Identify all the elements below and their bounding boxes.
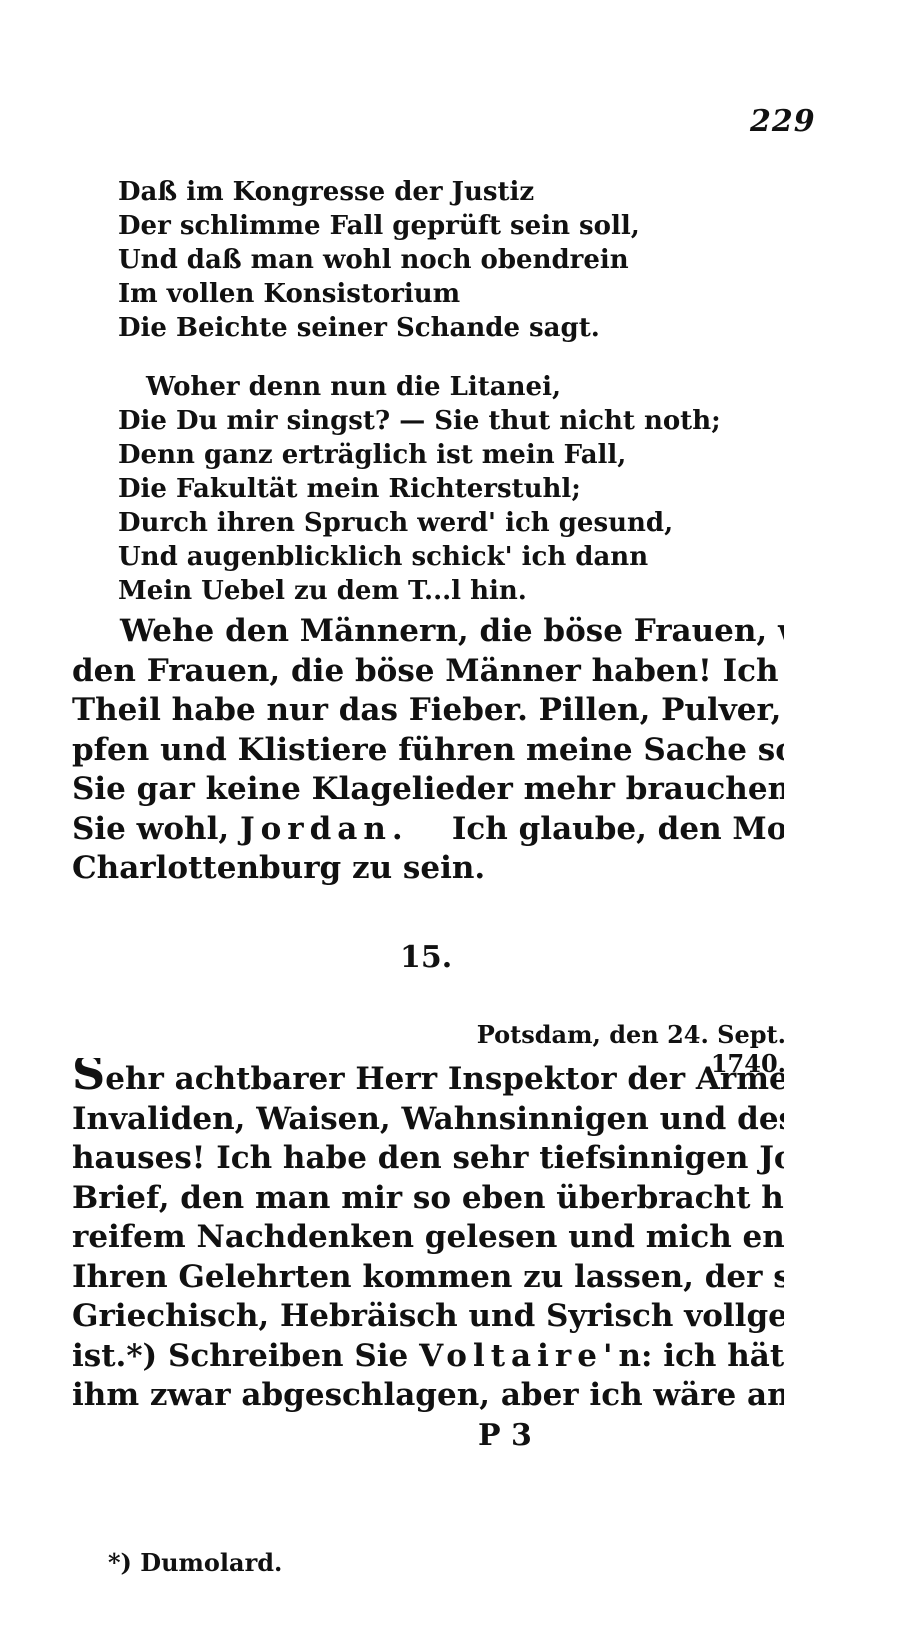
verse-stanza-1: Daß im Kongresse der Justiz Der schlimme… xyxy=(118,175,640,345)
prose-line: reifem Nachdenken gelesen und mich entsc… xyxy=(72,1218,784,1258)
verse-stanza-2: Woher denn nun die Litanei, Die Du mir s… xyxy=(118,370,721,608)
prose-line: Wehe den Männern, die böse Frauen, wehe xyxy=(72,612,784,652)
page-number: 229 xyxy=(750,104,816,139)
prose-paragraph-1: Wehe den Männern, die böse Frauen, wehe … xyxy=(72,612,784,889)
verse-line: Der schlimme Fall geprüft sein soll, xyxy=(118,209,640,243)
verse-line: Die Beichte seiner Schande sagt. xyxy=(118,311,640,345)
prose-fragment: Sie wohl, xyxy=(72,811,229,847)
verse-line: Mein Uebel zu dem T...l hin. xyxy=(118,574,721,608)
verse-line: Durch ihren Spruch werd' ich gesund, xyxy=(118,506,721,540)
prose-line: Brief, den man mir so eben überbracht ha… xyxy=(72,1179,784,1219)
prose-line: ist.*) Schreiben Sie Voltaire'n: ich hät… xyxy=(72,1337,784,1377)
name-voltaire: Voltaire' xyxy=(419,1338,618,1374)
prose-line: Charlottenburg zu sein. xyxy=(72,849,784,889)
verse-line: Die Fakultät mein Richterstuhl; xyxy=(118,472,721,506)
prose-line: ihm zwar abgeschlagen, aber ich wäre and… xyxy=(72,1376,784,1416)
verse-line: Im vollen Konsistorium xyxy=(118,277,640,311)
verse-line: Und augenblicklich schick' ich dann xyxy=(118,540,721,574)
verse-line: Woher denn nun die Litanei, xyxy=(118,370,721,404)
prose-line: Sie gar keine Klagelieder mehr brauchen.… xyxy=(72,770,784,810)
verse-line: Daß im Kongresse der Justiz xyxy=(118,175,640,209)
prose-line: hauses! Ich habe den sehr tiefsinnigen J… xyxy=(72,1139,784,1179)
drop-cap: S xyxy=(72,1058,105,1100)
prose-line: den Frauen, die böse Männer haben! Ich f… xyxy=(72,652,784,692)
prose-line: Griechisch, Hebräisch und Syrisch vollge… xyxy=(72,1297,784,1337)
prose-line: pfen und Klistiere führen meine Sache so… xyxy=(72,731,784,771)
prose-line: Ihren Gelehrten kommen zu lassen, der so… xyxy=(72,1258,784,1298)
prose-line: Invaliden, Waisen, Wahnsinnigen und des … xyxy=(72,1100,784,1140)
name-jordan: Jordan. xyxy=(240,811,409,847)
prose-fragment: n: ich hätte es xyxy=(618,1338,784,1374)
prose-line: Theil habe nur das Fieber. Pillen, Pulve… xyxy=(72,691,784,731)
prose-fragment: Ich glaube, den Montag in xyxy=(452,811,784,847)
letter-number: 15. xyxy=(400,940,452,975)
letter-body: Sehr achtbarer Herr Inspektor der Armen,… xyxy=(72,1058,784,1416)
prose-fragment: ist.*) Schreiben Sie xyxy=(72,1338,408,1374)
prose-fragment: ehr achtbarer Herr Inspektor der Armen, … xyxy=(105,1061,784,1097)
footnote: *) Dumolard. xyxy=(108,1548,282,1577)
signature-mark: P 3 xyxy=(478,1418,532,1453)
prose-line: Sie wohl, Jordan. Ich glaube, den Montag… xyxy=(72,810,784,850)
verse-line: Denn ganz erträglich ist mein Fall, xyxy=(118,438,721,472)
verse-line: Die Du mir singst? — Sie thut nicht noth… xyxy=(118,404,721,438)
verse-line: Und daß man wohl noch obendrein xyxy=(118,243,640,277)
prose-line: Sehr achtbarer Herr Inspektor der Armen,… xyxy=(72,1058,784,1100)
